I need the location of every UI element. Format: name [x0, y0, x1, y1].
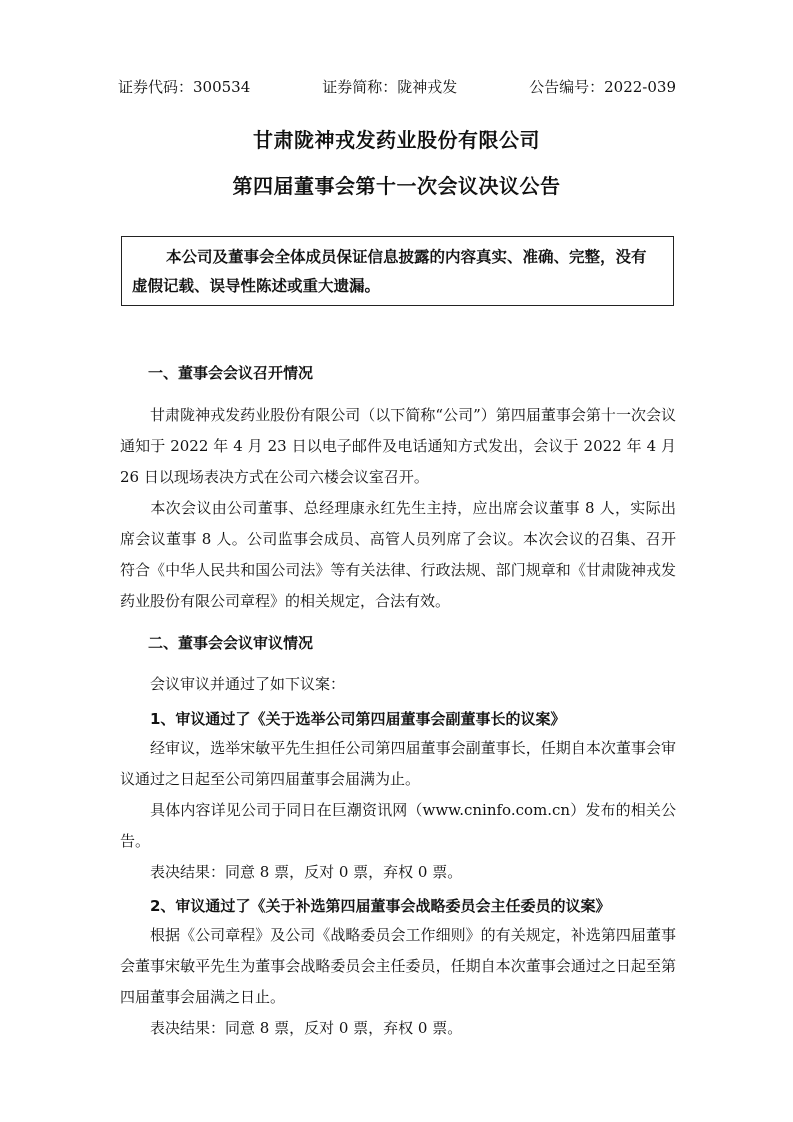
stock-code: 证券代码：300534 — [118, 76, 250, 97]
company-title: 甘肃陇神戎发药业股份有限公司 — [0, 124, 793, 153]
paragraph-text: 表决结果：同意 8 票，反对 0 票，弃权 0 票。 — [150, 1019, 462, 1037]
resolution-1-vote: 表决结果：同意 8 票，反对 0 票，弃权 0 票。 — [120, 857, 676, 888]
disclosure-notice-box: 本公司及董事会全体成员保证信息披露的内容真实、准确、完整，没有 虚假记载、误导性… — [121, 236, 674, 306]
resolution-1-title: 1、审议通过了《关于选举公司第四届董事会副董事长的议案》 — [150, 708, 565, 729]
resolution-1-detail: 具体内容详见公司于同日在巨潮资讯网（www.cninfo.com.cn）发布的相… — [120, 795, 676, 857]
announcement-header: 证券代码：300534 证券简称：陇神戎发 公告编号：2022-039 — [118, 76, 676, 97]
paragraph-text: 会议审议并通过了如下议案： — [150, 675, 345, 693]
paragraph-intro: 会议审议并通过了如下议案： — [120, 669, 676, 700]
paragraph-text: 经审议，选举宋敏平先生担任公司第四届董事会副董事长，任期自本次董事会审议通过之日… — [120, 739, 676, 788]
paragraph-text: 本次会议由公司董事、总经理康永红先生主持，应出席会议董事 8 人，实际出席会议董… — [120, 499, 676, 610]
section-heading-2: 二、董事会会议审议情况 — [148, 632, 313, 653]
paragraph-text: 表决结果：同意 8 票，反对 0 票，弃权 0 票。 — [150, 863, 462, 881]
paragraph-text: 甘肃陇神戎发药业股份有限公司（以下简称“公司”）第四届董事会第十一次会议通知于 … — [120, 406, 676, 486]
paragraph-text: 根据《公司章程》及公司《战略委员会工作细则》的有关规定，补选第四届董事会董事宋敏… — [120, 926, 676, 1006]
notice-line-2: 虚假记载、误导性陈述或重大遗漏。 — [132, 277, 380, 295]
resolution-2-vote: 表决结果：同意 8 票，反对 0 票，弃权 0 票。 — [120, 1013, 676, 1044]
resolution-2-body: 根据《公司章程》及公司《战略委员会工作细则》的有关规定，补选第四届董事会董事宋敏… — [120, 920, 676, 1013]
resolution-2-title: 2、审议通过了《关于补选第四届董事会战略委员会主任委员的议案》 — [150, 895, 610, 916]
resolution-1-body: 经审议，选举宋敏平先生担任公司第四届董事会副董事长，任期自本次董事会审议通过之日… — [120, 733, 676, 795]
section-heading-1: 一、董事会会议召开情况 — [148, 362, 313, 383]
announcement-title: 第四届董事会第十一次会议决议公告 — [0, 170, 793, 199]
announcement-number: 公告编号：2022-039 — [529, 76, 676, 97]
paragraph-meeting-notice: 甘肃陇神戎发药业股份有限公司（以下简称“公司”）第四届董事会第十一次会议通知于 … — [120, 400, 676, 493]
notice-line-1: 本公司及董事会全体成员保证信息披露的内容真实、准确、完整，没有 — [166, 248, 647, 266]
stock-name: 证券简称：陇神戎发 — [322, 76, 457, 97]
paragraph-text: 具体内容详见公司于同日在巨潮资讯网（www.cninfo.com.cn）发布的相… — [120, 801, 676, 850]
paragraph-meeting-attendance: 本次会议由公司董事、总经理康永红先生主持，应出席会议董事 8 人，实际出席会议董… — [120, 493, 676, 617]
